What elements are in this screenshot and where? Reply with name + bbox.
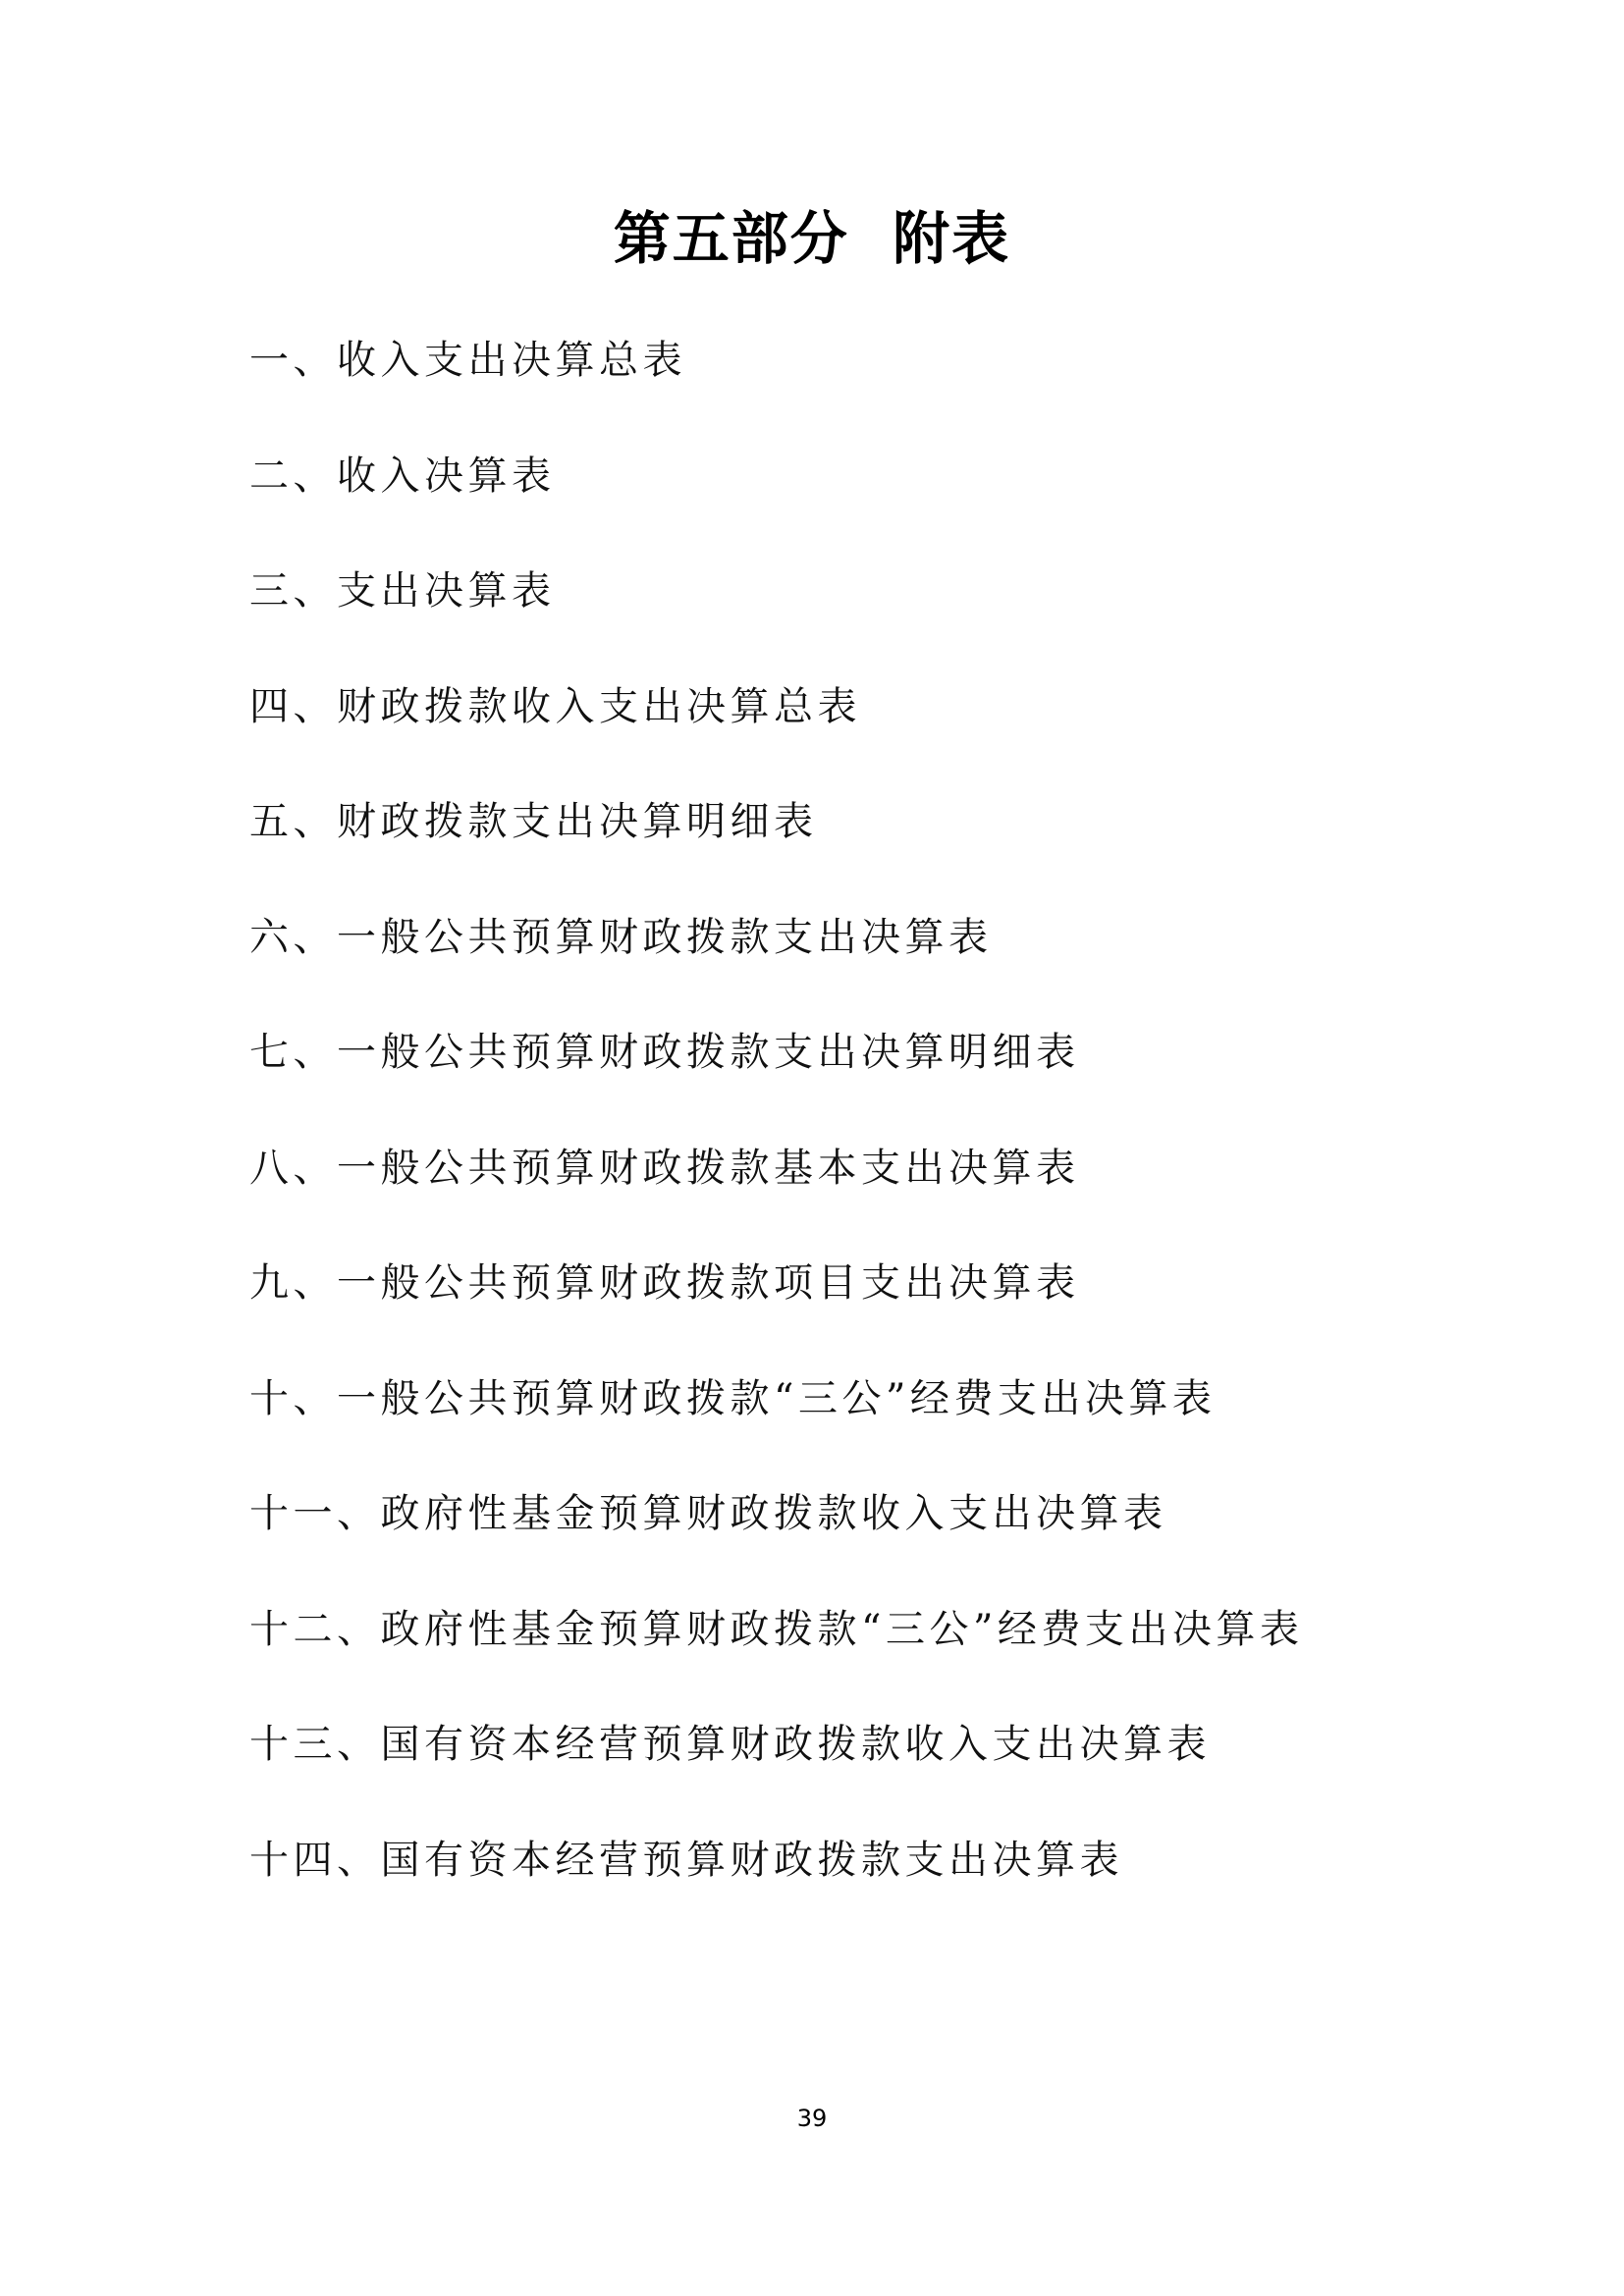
list-item-1: 一、收入支出决算总表	[249, 336, 1303, 452]
list-item-3: 三、支出决算表	[249, 566, 1303, 682]
list-item-6: 六、一般公共预算财政拨款支出决算表	[249, 913, 1303, 1029]
list-item-9: 九、一般公共预算财政拨款项目支出决算表	[249, 1258, 1303, 1374]
list-item-2: 二、收入决算表	[249, 452, 1303, 567]
list-item-4: 四、财政拨款收入支出决算总表	[249, 682, 1303, 798]
list-item-13: 十三、国有资本经营预算财政拨款收入支出决算表	[249, 1720, 1303, 1836]
appendix-table-list: 一、收入支出决算总表 二、收入决算表 三、支出决算表 四、财政拨款收入支出决算总…	[249, 336, 1303, 1950]
list-item-8: 八、一般公共预算财政拨款基本支出决算表	[249, 1144, 1303, 1259]
list-item-14: 十四、国有资本经营预算财政拨款支出决算表	[249, 1836, 1303, 1951]
list-item-11: 十一、政府性基金预算财政拨款收入支出决算表	[249, 1489, 1303, 1605]
list-item-12: 十二、政府性基金预算财政拨款“三公”经费支出决算表	[249, 1605, 1303, 1721]
list-item-5: 五、财政拨款支出决算明细表	[249, 797, 1303, 913]
page-number: 39	[0, 2105, 1624, 2132]
list-item-10: 十、一般公共预算财政拨款“三公”经费支出决算表	[249, 1374, 1303, 1490]
page-title: 第五部分 附表	[0, 202, 1624, 275]
list-item-7: 七、一般公共预算财政拨款支出决算明细表	[249, 1028, 1303, 1144]
